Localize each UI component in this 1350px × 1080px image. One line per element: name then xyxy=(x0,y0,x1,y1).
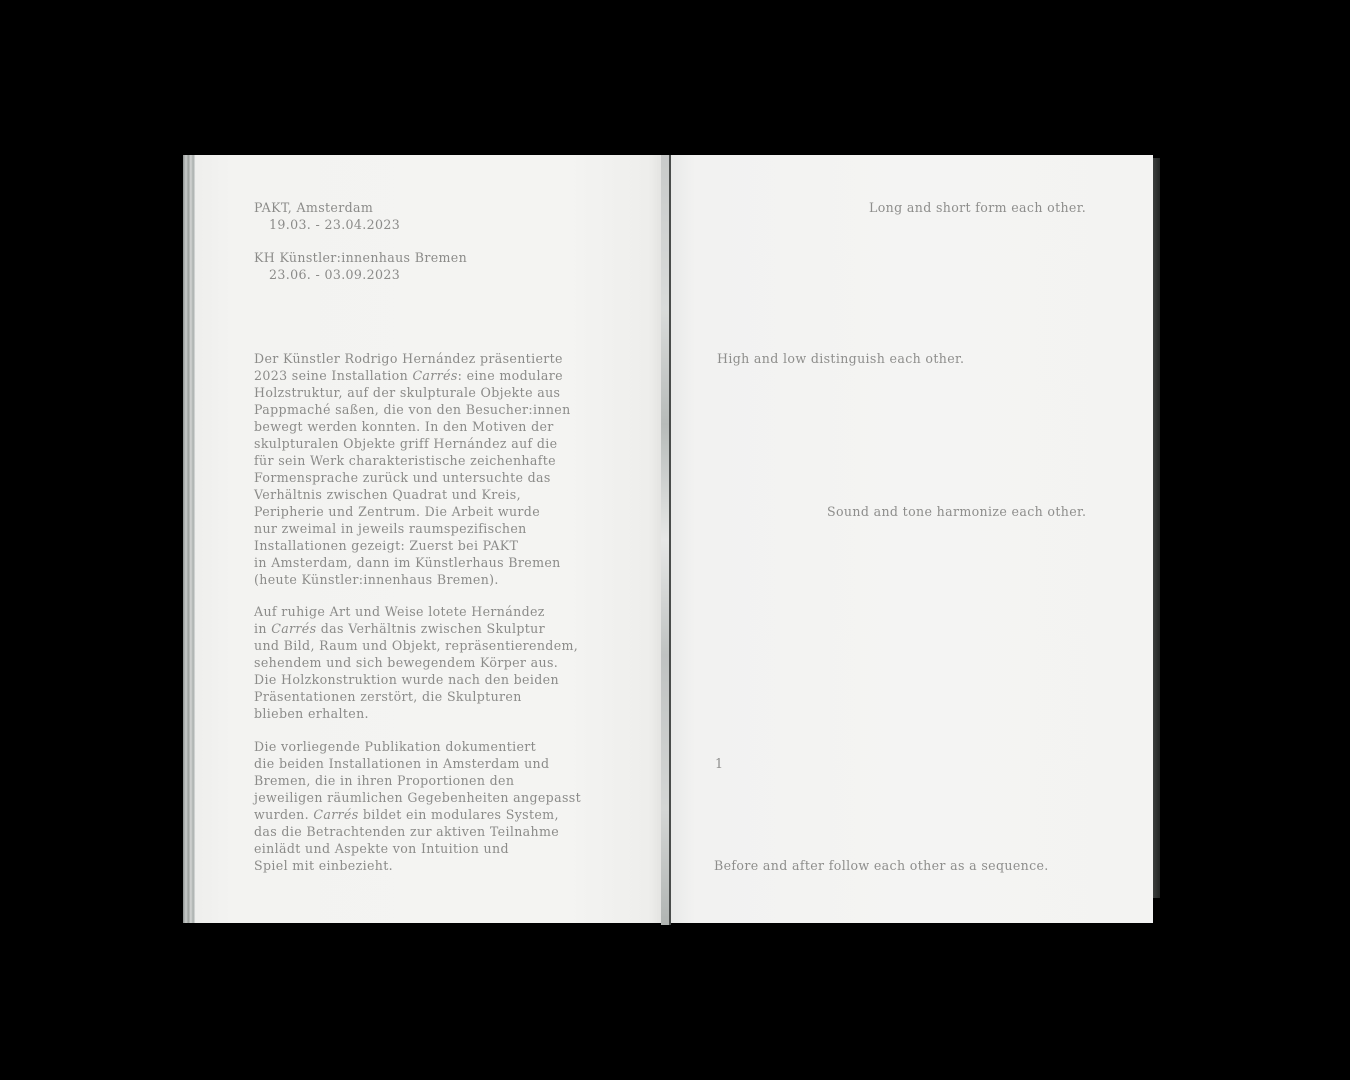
text-line: Peripherie und Zentrum. Die Arbeit wurde xyxy=(254,503,571,520)
text-line: 2023 seine Installation Carrés: eine mod… xyxy=(254,367,571,384)
text-line: Pappmaché saßen, die von den Besucher:in… xyxy=(254,401,571,418)
text-line: und Bild, Raum und Objekt, repräsentiere… xyxy=(254,637,578,654)
exhibition-venue-1: PAKT, Amsterdam xyxy=(254,199,373,216)
text-line: jeweiligen räumlichen Gegebenheiten ange… xyxy=(254,789,581,806)
text-line: Die Holzkonstruktion wurde nach den beid… xyxy=(254,671,578,688)
spine-fold xyxy=(669,155,671,925)
verse-line-1: Long and short form each other. xyxy=(869,199,1086,216)
text-line: Verhältnis zwischen Quadrat und Kreis, xyxy=(254,486,571,503)
exhibition-venue-2: KH Künstler:innenhaus Bremen xyxy=(254,249,467,266)
text-line: Bremen, die in ihren Proportionen den xyxy=(254,772,581,789)
verse-line-3: Sound and tone harmonize each other. xyxy=(827,503,1086,520)
text-line: Formensprache zurück und untersuchte das xyxy=(254,469,571,486)
text-line: Auf ruhige Art und Weise lotete Hernánde… xyxy=(254,603,578,620)
verse-line-2: High and low distinguish each other. xyxy=(717,350,964,367)
text-line: (heute Künstler:innenhaus Bremen). xyxy=(254,571,571,588)
text-line: einlädt und Aspekte von Intuition und xyxy=(254,840,581,857)
italic-title: Carrés xyxy=(313,807,358,822)
page-stack-edge xyxy=(183,155,195,923)
text-line: in Carrés das Verhältnis zwischen Skulpt… xyxy=(254,620,578,637)
exhibition-dates-1: 19.03. - 23.04.2023 xyxy=(269,216,400,233)
verse-line-4: Before and after follow each other as a … xyxy=(714,857,1049,874)
body-paragraph-2: Auf ruhige Art und Weise lotete Hernánde… xyxy=(254,603,578,722)
text-line: Installationen gezeigt: Zuerst bei PAKT xyxy=(254,537,571,554)
text-line: nur zweimal in jeweils raumspezifischen xyxy=(254,520,571,537)
text-line: wurden. Carrés bildet ein modulares Syst… xyxy=(254,806,581,823)
right-page xyxy=(671,155,1153,923)
text-line: die beiden Installationen in Amsterdam u… xyxy=(254,755,581,772)
text-line: für sein Werk charakteristische zeichenh… xyxy=(254,452,571,469)
text-line: Die vorliegende Publikation dokumentiert xyxy=(254,738,581,755)
text-line: Holzstruktur, auf der skulpturale Objekt… xyxy=(254,384,571,401)
text-line: Präsentationen zerstört, die Skulpturen xyxy=(254,688,578,705)
text-line: skulpturalen Objekte griff Hernández auf… xyxy=(254,435,571,452)
page-number: 1 xyxy=(715,755,723,772)
body-paragraph-3: Die vorliegende Publikation dokumentiert… xyxy=(254,738,581,874)
exhibition-dates-2: 23.06. - 03.09.2023 xyxy=(269,266,400,283)
italic-title: Carrés xyxy=(412,368,457,383)
italic-title: Carrés xyxy=(271,621,316,636)
text-line: blieben erhalten. xyxy=(254,705,578,722)
text-line: sehendem und sich bewegendem Körper aus. xyxy=(254,654,578,671)
text-line: Der Künstler Rodrigo Hernández präsentie… xyxy=(254,350,571,367)
text-line: bewegt werden konnten. In den Motiven de… xyxy=(254,418,571,435)
text-line: Spiel mit einbezieht. xyxy=(254,857,581,874)
text-line: das die Betrachtenden zur aktiven Teilna… xyxy=(254,823,581,840)
cover-edge xyxy=(1153,158,1160,898)
body-paragraph-1: Der Künstler Rodrigo Hernández präsentie… xyxy=(254,350,571,588)
text-line: in Amsterdam, dann im Künstlerhaus Breme… xyxy=(254,554,571,571)
open-book: PAKT, Amsterdam 19.03. - 23.04.2023 KH K… xyxy=(0,0,1350,1080)
